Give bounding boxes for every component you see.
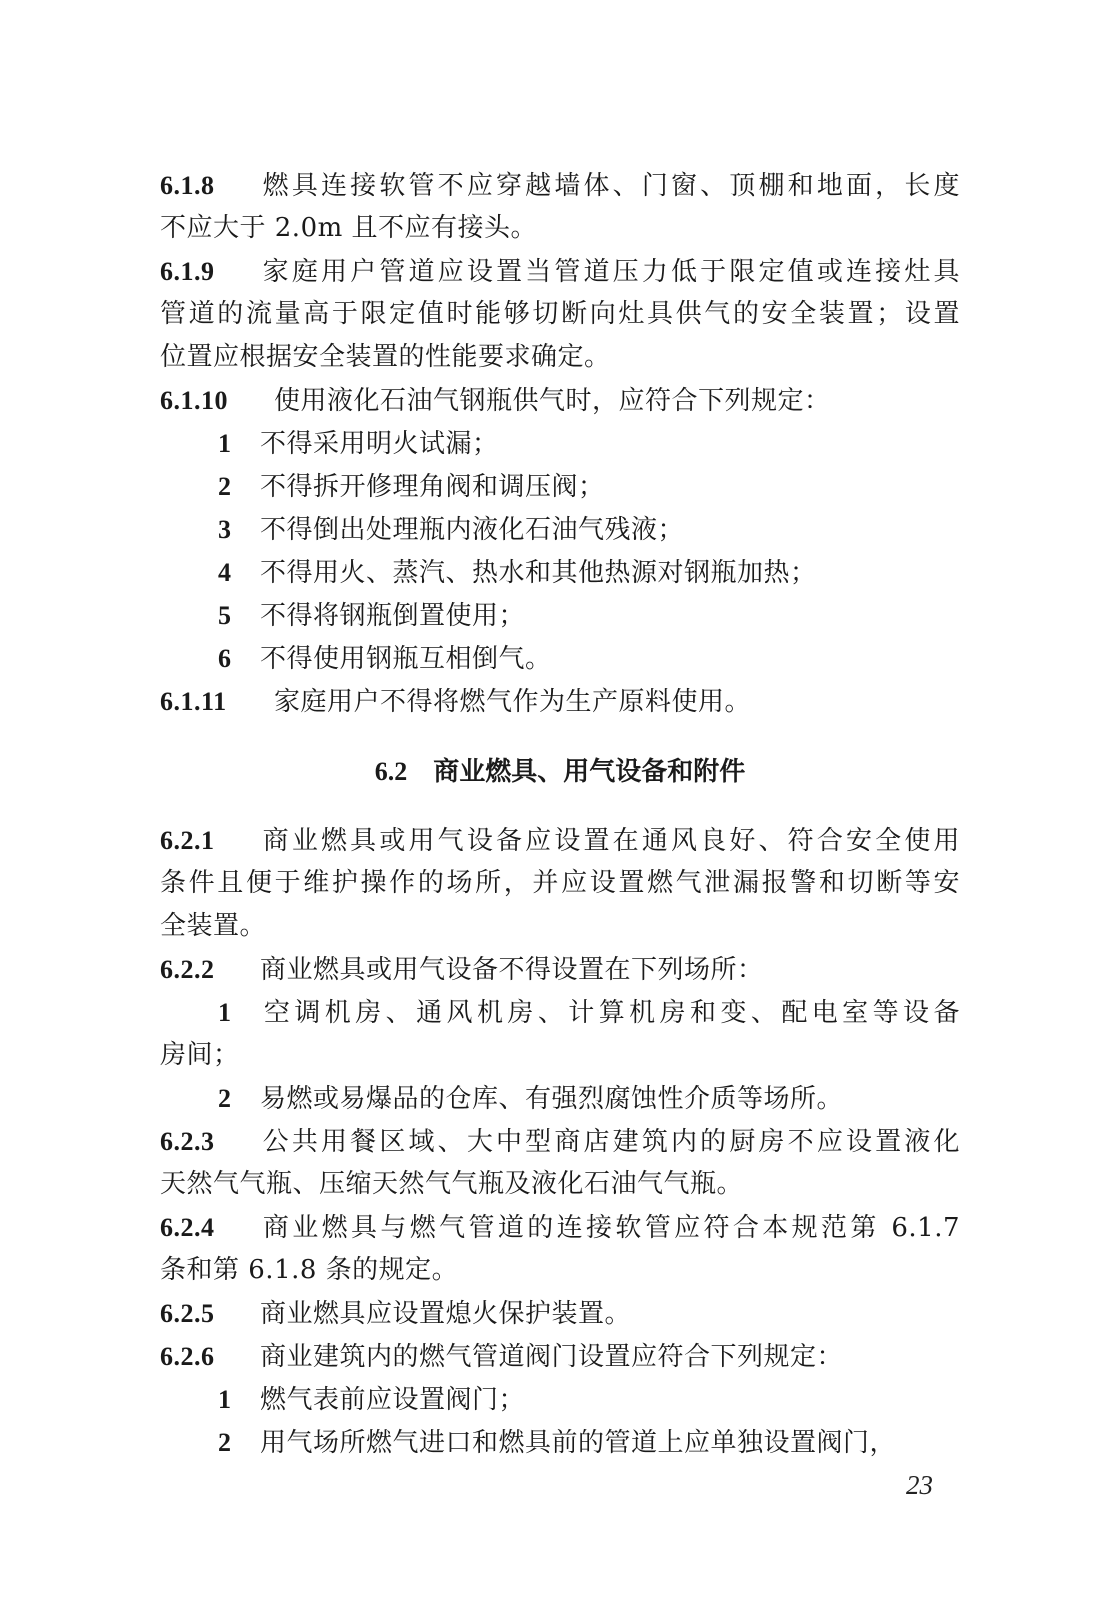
clause-number: 6.2.3: [160, 1120, 260, 1163]
document-page: 6.1.8燃具连接软管不应穿越墙体、门窗、顶棚和地面，长度 不应大于 2.0m …: [160, 164, 960, 1464]
clause-text: 燃具连接软管不应穿越墙体、门窗、顶棚和地面，长度: [260, 171, 960, 201]
clause-6-2-1: 6.2.1商业燃具或用气设备应设置在通风良好、符合安全使用 条件且便于维护操作的…: [160, 819, 960, 948]
clause-6-1-9: 6.1.9家庭用户管道应设置当管道压力低于限定值或连接灶具 管道的流量高于限定值…: [160, 250, 960, 379]
section-title: 商业燃具、用气设备和附件: [433, 757, 745, 787]
list-item: 4不得用火、蒸汽、热水和其他热源对钢瓶加热；: [160, 551, 960, 594]
clause-text: 商业燃具应设置熄火保护装置。: [260, 1299, 631, 1329]
clause-text: 条和第 6.1.8 条的规定。: [160, 1249, 960, 1292]
list-item: 2不得拆开修理角阀和调压阀；: [160, 465, 960, 508]
clause-text: 家庭用户不得将燃气作为生产原料使用。: [274, 687, 751, 717]
item-text: 不得用火、蒸汽、热水和其他热源对钢瓶加热；: [260, 558, 817, 588]
clause-number: 6.1.9: [160, 250, 260, 293]
item-text: 易燃或易爆品的仓库、有强烈腐蚀性介质等场所。: [260, 1084, 843, 1114]
clause-number: 6.1.10: [160, 379, 274, 422]
clause-number: 6.1.8: [160, 164, 260, 207]
item-text-continued: 房间；: [160, 1034, 960, 1077]
item-number: 5: [218, 594, 260, 637]
clause-text: 商业建筑内的燃气管道阀门设置应符合下列规定：: [260, 1342, 843, 1372]
item-text: 不得倒出处理瓶内液化石油气残液；: [260, 515, 684, 545]
clause-number: 6.2.6: [160, 1335, 260, 1378]
clause-6-2-3: 6.2.3公共用餐区域、大中型商店建筑内的厨房不应设置液化 天然气气瓶、压缩天然…: [160, 1120, 960, 1206]
item-text: 不得采用明火试漏；: [260, 429, 499, 459]
clause-text: 公共用餐区域、大中型商店建筑内的厨房不应设置液化: [260, 1127, 960, 1157]
item-text: 不得拆开修理角阀和调压阀；: [260, 472, 605, 502]
clause-number: 6.2.4: [160, 1206, 260, 1249]
item-text: 用气场所燃气进口和燃具前的管道上应单独设置阀门，: [260, 1428, 896, 1458]
list-item: 5不得将钢瓶倒置使用；: [160, 594, 960, 637]
item-number: 4: [218, 551, 260, 594]
page-number: 23: [906, 1470, 933, 1501]
clause-text: 家庭用户管道应设置当管道压力低于限定值或连接灶具: [260, 257, 960, 287]
list-item: 2易燃或易爆品的仓库、有强烈腐蚀性介质等场所。: [160, 1077, 960, 1120]
clause-text: 商业燃具或用气设备应设置在通风良好、符合安全使用: [260, 826, 960, 856]
clause-text: 使用液化石油气钢瓶供气时，应符合下列规定：: [274, 386, 831, 416]
list-item: 1燃气表前应设置阀门；: [160, 1378, 960, 1421]
clause-number: 6.2.5: [160, 1292, 260, 1335]
item-number: 2: [218, 1077, 260, 1120]
list-item: 1空调机房、通风机房、计算机房和变、配电室等设备: [160, 991, 960, 1034]
clause-text: 全装置。: [160, 905, 960, 948]
clause-text: 位置应根据安全装置的性能要求确定。: [160, 336, 960, 379]
item-text: 不得将钢瓶倒置使用；: [260, 601, 525, 631]
section-number: 6.2: [375, 757, 408, 786]
clause-6-2-5: 6.2.5商业燃具应设置熄火保护装置。: [160, 1292, 960, 1335]
clause-6-1-11: 6.1.11家庭用户不得将燃气作为生产原料使用。: [160, 680, 960, 723]
clause-text: 条件且便于维护操作的场所，并应设置燃气泄漏报警和切断等安: [160, 862, 960, 905]
item-text: 不得使用钢瓶互相倒气。: [260, 644, 552, 674]
section-heading: 6.2商业燃具、用气设备和附件: [160, 747, 960, 797]
item-number: 2: [218, 465, 260, 508]
clause-number: 6.2.1: [160, 819, 260, 862]
clause-text: 商业燃具或用气设备不得设置在下列场所：: [260, 955, 764, 985]
clause-6-2-2: 6.2.2商业燃具或用气设备不得设置在下列场所： 1空调机房、通风机房、计算机房…: [160, 948, 960, 1120]
clause-6-2-4: 6.2.4商业燃具与燃气管道的连接软管应符合本规范第 6.1.7 条和第 6.1…: [160, 1206, 960, 1292]
item-number: 1: [218, 422, 260, 465]
item-number: 2: [218, 1421, 260, 1464]
item-text: 空调机房、通风机房、计算机房和变、配电室等设备: [260, 998, 960, 1028]
clause-6-2-6: 6.2.6商业建筑内的燃气管道阀门设置应符合下列规定： 1燃气表前应设置阀门； …: [160, 1335, 960, 1464]
clause-text: 不应大于 2.0m 且不应有接头。: [160, 207, 960, 250]
item-number: 1: [218, 1378, 260, 1421]
clause-6-1-10: 6.1.10使用液化石油气钢瓶供气时，应符合下列规定： 1不得采用明火试漏； 2…: [160, 379, 960, 680]
item-text: 燃气表前应设置阀门；: [260, 1385, 525, 1415]
clause-number: 6.1.11: [160, 680, 274, 723]
item-number: 6: [218, 637, 260, 680]
clause-6-1-8: 6.1.8燃具连接软管不应穿越墙体、门窗、顶棚和地面，长度 不应大于 2.0m …: [160, 164, 960, 250]
list-item: 1不得采用明火试漏；: [160, 422, 960, 465]
list-item: 2用气场所燃气进口和燃具前的管道上应单独设置阀门，: [160, 1421, 960, 1464]
item-number: 3: [218, 508, 260, 551]
item-number: 1: [218, 991, 260, 1034]
clause-text: 天然气气瓶、压缩天然气气瓶及液化石油气气瓶。: [160, 1163, 960, 1206]
clause-text: 商业燃具与燃气管道的连接软管应符合本规范第 6.1.7: [260, 1213, 960, 1243]
list-item: 3不得倒出处理瓶内液化石油气残液；: [160, 508, 960, 551]
clause-number: 6.2.2: [160, 948, 260, 991]
list-item: 6不得使用钢瓶互相倒气。: [160, 637, 960, 680]
clause-text: 管道的流量高于限定值时能够切断向灶具供气的安全装置；设置: [160, 293, 960, 336]
